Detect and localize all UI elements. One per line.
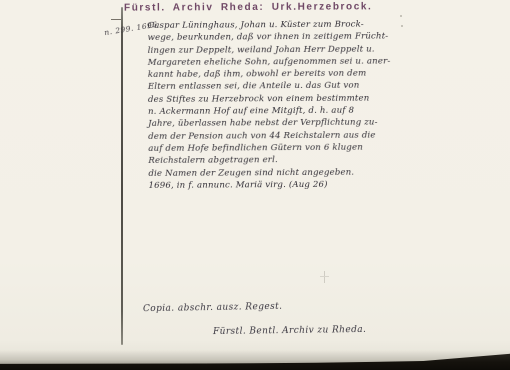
paper-speck <box>400 15 402 17</box>
archive-annotation: Fürstl. Bentl. Archiv zu Rheda. <box>213 325 366 337</box>
copy-annotation: Copia. abschr. ausz. Regest. <box>143 302 283 314</box>
paper-speck <box>401 25 403 27</box>
date-line: 1696, in f. annunc. Mariä virg. (Aug 26) <box>148 178 444 192</box>
manuscript-regest-block: Caspar Lüninghaus, Johan u. Küster zum B… <box>147 18 444 192</box>
faint-cross-mark <box>320 271 329 283</box>
document-photo: Fürstl. Archiv Rheda: Urk.Herzebrock. n.… <box>0 0 510 370</box>
archive-stamp: Fürstl. Archiv Rheda: Urk.Herzebrock. <box>124 1 374 13</box>
page-crease-line <box>121 7 123 345</box>
crease-tick-mark <box>111 19 121 20</box>
